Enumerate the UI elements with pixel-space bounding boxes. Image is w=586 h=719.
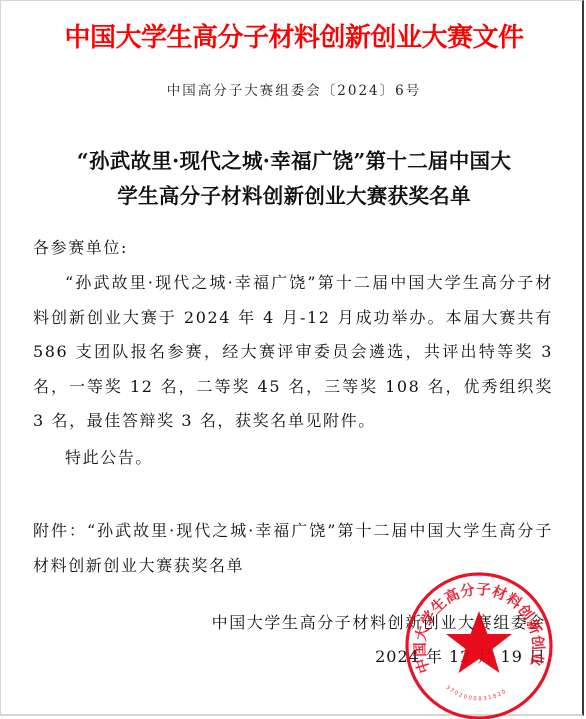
title-line-1: “孙武故里·现代之城·幸福广饶”第十二届中国大	[31, 144, 557, 179]
document-number: 中国高分子大赛组委会〔2024〕6号	[1, 81, 586, 101]
salutation: 各参赛单位:	[33, 238, 553, 258]
official-seal: 中国大学生高分子材料创新创业大赛组委会 3702000831820	[404, 571, 554, 719]
document-header-title: 中国大学生高分子材料创新创业大赛文件	[1, 20, 586, 56]
body-paragraph: “孙武故里·现代之城·幸福广饶”第十二届中国大学生高分子材料创新创业大赛于 20…	[33, 266, 553, 439]
signature-date: 2024 年 12 月 19 日	[375, 647, 546, 667]
document-title: “孙武故里·现代之城·幸福广饶”第十二届中国大 学生高分子材料创新创业大赛获奖名…	[31, 144, 557, 214]
attachment-note: 附件：“孙武故里·现代之城·幸福广饶”第十二届中国大学生高分子材料创新创业大赛获…	[33, 514, 553, 583]
notice-text: 特此公告。	[33, 448, 553, 468]
title-line-2: 学生高分子材料创新创业大赛获奖名单	[31, 179, 557, 214]
document-page: 中国大学生高分子材料创新创业大赛文件 中国高分子大赛组委会〔2024〕6号 “孙…	[0, 0, 584, 716]
seal-serial-number: 3702000831820	[444, 684, 508, 702]
svg-text:3702000831820: 3702000831820	[444, 684, 508, 702]
signature-organization: 中国大学生高分子材料创新创业大赛组委会	[212, 613, 546, 633]
